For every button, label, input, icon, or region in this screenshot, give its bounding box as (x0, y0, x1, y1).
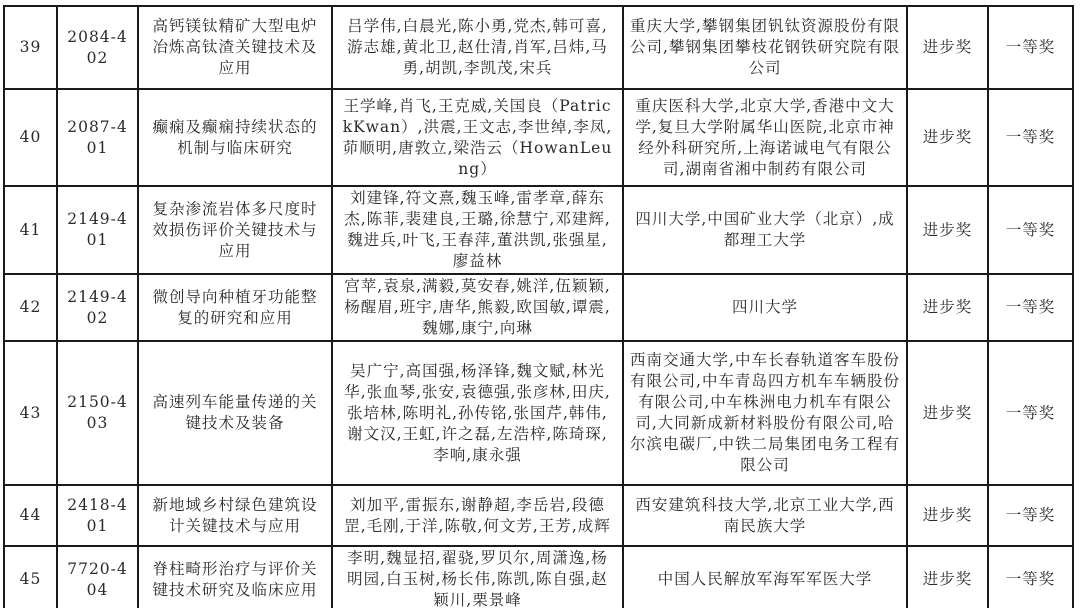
contributors: 宫苹,袁泉,满毅,莫安春,姚洋,伍颖颖,杨醒眉,班宇,唐华,熊毅,欧国敏,谭震,… (332, 274, 623, 341)
contributors: 吕学伟,白晨光,陈小勇,党杰,韩可喜,游志雄,黄北卫,赵仕清,肖军,吕炜,马勇,… (332, 6, 623, 89)
award-grade: 一等奖 (988, 274, 1073, 341)
table-row: 39 2084-402 高钙镁钛精矿大型电炉冶炼高钛渣关键技术及应用 吕学伟,白… (4, 6, 1073, 89)
project-title: 癫痫及癫痫持续状态的机制与临床研究 (138, 89, 332, 186)
project-id: 2087-401 (57, 89, 138, 186)
project-id: 7720-404 (57, 546, 138, 608)
row-number: 39 (4, 6, 57, 89)
organizations: 四川大学 (623, 274, 907, 341)
organizations: 西安建筑科技大学,北京工业大学,西南民族大学 (623, 485, 907, 546)
organizations: 四川大学,中国矿业大学（北京）,成都理工大学 (623, 186, 907, 274)
project-id: 2149-401 (57, 186, 138, 274)
award-type: 进步奖 (907, 485, 988, 546)
table-row: 41 2149-401 复杂渗流岩体多尺度时效损伤评价关键技术与应用 刘建锋,符… (4, 186, 1073, 274)
project-id: 2418-401 (57, 485, 138, 546)
project-id: 2084-402 (57, 6, 138, 89)
award-grade: 一等奖 (988, 341, 1073, 485)
project-title: 微创导向种植牙功能整复的研究和应用 (138, 274, 332, 341)
contributors: 吴广宁,高国强,杨泽锋,魏文赋,林光华,张血琴,张安,袁德强,张彦林,田庆,张培… (332, 341, 623, 485)
project-title: 复杂渗流岩体多尺度时效损伤评价关键技术与应用 (138, 186, 332, 274)
organizations: 西南交通大学,中车长春轨道客车股份有限公司,中车青岛四方机车车辆股份有限公司,中… (623, 341, 907, 485)
organizations: 中国人民解放军海军军医大学 (623, 546, 907, 608)
contributors: 刘建锋,符文熹,魏玉峰,雷孝章,薛东杰,陈菲,裴建良,王璐,徐慧宁,邓建辉,魏进… (332, 186, 623, 274)
contributors: 刘加平,雷振东,谢静超,李岳岩,段德罡,毛刚,于洋,陈敬,何文芳,王芳,成辉 (332, 485, 623, 546)
awards-table: 39 2084-402 高钙镁钛精矿大型电炉冶炼高钛渣关键技术及应用 吕学伟,白… (3, 5, 1074, 608)
award-grade: 一等奖 (988, 546, 1073, 608)
award-type: 进步奖 (907, 341, 988, 485)
project-title: 高速列车能量传递的关键技术及装备 (138, 341, 332, 485)
project-title: 脊柱畸形治疗与评价关键技术研究及临床应用 (138, 546, 332, 608)
table-row: 40 2087-401 癫痫及癫痫持续状态的机制与临床研究 王学峰,肖飞,王克威… (4, 89, 1073, 186)
award-type: 进步奖 (907, 546, 988, 608)
project-title: 高钙镁钛精矿大型电炉冶炼高钛渣关键技术及应用 (138, 6, 332, 89)
award-type: 进步奖 (907, 186, 988, 274)
row-number: 43 (4, 341, 57, 485)
row-number: 42 (4, 274, 57, 341)
table-row: 44 2418-401 新地域乡村绿色建筑设计关键技术与应用 刘加平,雷振东,谢… (4, 485, 1073, 546)
table-row: 42 2149-402 微创导向种植牙功能整复的研究和应用 宫苹,袁泉,满毅,莫… (4, 274, 1073, 341)
contributors: 李明,魏显招,翟骁,罗贝尔,周潇逸,杨明园,白玉树,杨长伟,陈凯,陈自强,赵颖川… (332, 546, 623, 608)
project-id: 2149-402 (57, 274, 138, 341)
award-type: 进步奖 (907, 6, 988, 89)
project-title: 新地域乡村绿色建筑设计关键技术与应用 (138, 485, 332, 546)
table-row: 43 2150-403 高速列车能量传递的关键技术及装备 吴广宁,高国强,杨泽锋… (4, 341, 1073, 485)
table-row: 45 7720-404 脊柱畸形治疗与评价关键技术研究及临床应用 李明,魏显招,… (4, 546, 1073, 608)
organizations: 重庆大学,攀钢集团钒钛资源股份有限公司,攀钢集团攀枝花钢铁研究院有限公司 (623, 6, 907, 89)
organizations: 重庆医科大学,北京大学,香港中文大学,复旦大学附属华山医院,北京市神经外科研究所… (623, 89, 907, 186)
row-number: 44 (4, 485, 57, 546)
award-grade: 一等奖 (988, 89, 1073, 186)
contributors: 王学峰,肖飞,王克威,关国良（PatrickKwan）,洪震,王文志,李世绰,李… (332, 89, 623, 186)
award-grade: 一等奖 (988, 6, 1073, 89)
row-number: 45 (4, 546, 57, 608)
award-grade: 一等奖 (988, 186, 1073, 274)
row-number: 41 (4, 186, 57, 274)
award-grade: 一等奖 (988, 485, 1073, 546)
award-type: 进步奖 (907, 89, 988, 186)
project-id: 2150-403 (57, 341, 138, 485)
award-type: 进步奖 (907, 274, 988, 341)
row-number: 40 (4, 89, 57, 186)
